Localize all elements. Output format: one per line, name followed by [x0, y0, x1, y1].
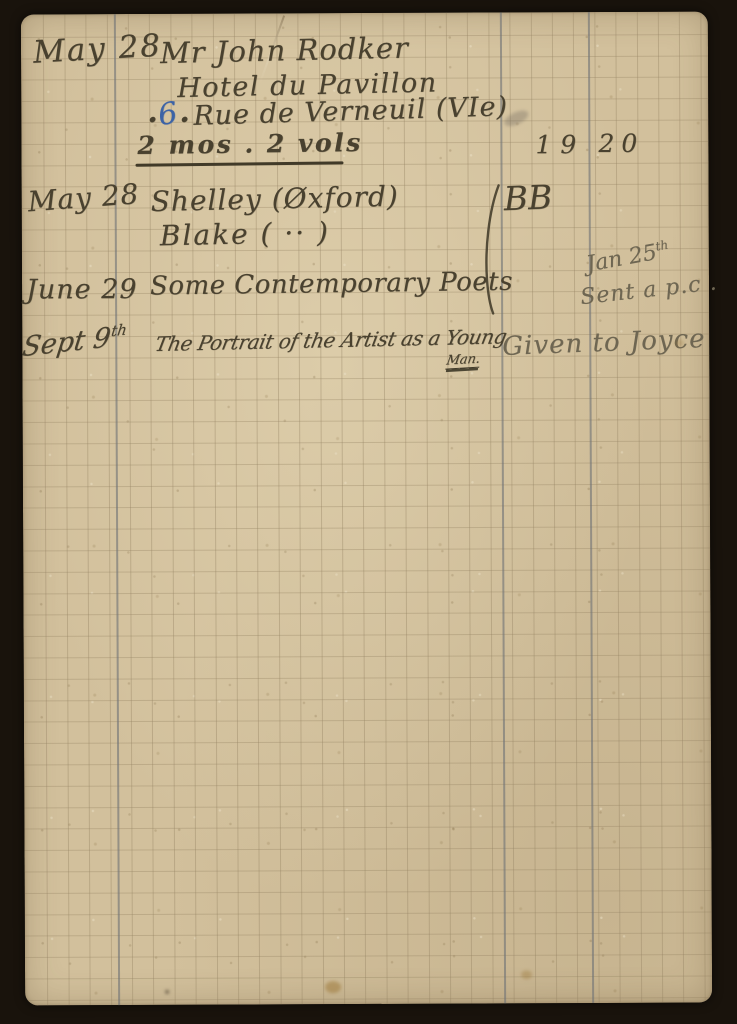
address-number-blue-ink: 6 [156, 99, 179, 131]
entry2-note-date-suffix: th [654, 238, 669, 254]
entry2-date: June 29 [26, 276, 138, 303]
entry1-title-line1: Shelley (Øxford) [150, 183, 399, 216]
library-card: May 28 Mr John Rodker Hotel du Pavillon … [21, 12, 712, 1006]
entry3-date-suffix: th [110, 320, 128, 340]
photo-background: May 28 Mr John Rodker Hotel du Pavillon … [0, 0, 737, 1024]
entry1-initials-note: BB [503, 180, 553, 215]
entry3-title-wrap-word: Man. [445, 353, 481, 370]
paper-stain [521, 970, 532, 979]
year-century: 19 [535, 132, 585, 157]
borrower-date: May 28 [32, 31, 163, 69]
year-decade: 20 [598, 131, 644, 156]
entry1-date: May 28 [27, 180, 140, 216]
entry1-title-line2: Blake ( ·· ) [160, 219, 331, 251]
paper-stain [325, 981, 341, 993]
ink-speck [165, 990, 169, 994]
paper-stain [674, 340, 684, 347]
subscription-terms: 2 mos . 2 vols [137, 130, 363, 158]
squared-grid [21, 12, 712, 1006]
entry2-title: Some Contemporary Poets [150, 269, 513, 300]
borrower-name: Mr John Rodker [160, 34, 409, 68]
